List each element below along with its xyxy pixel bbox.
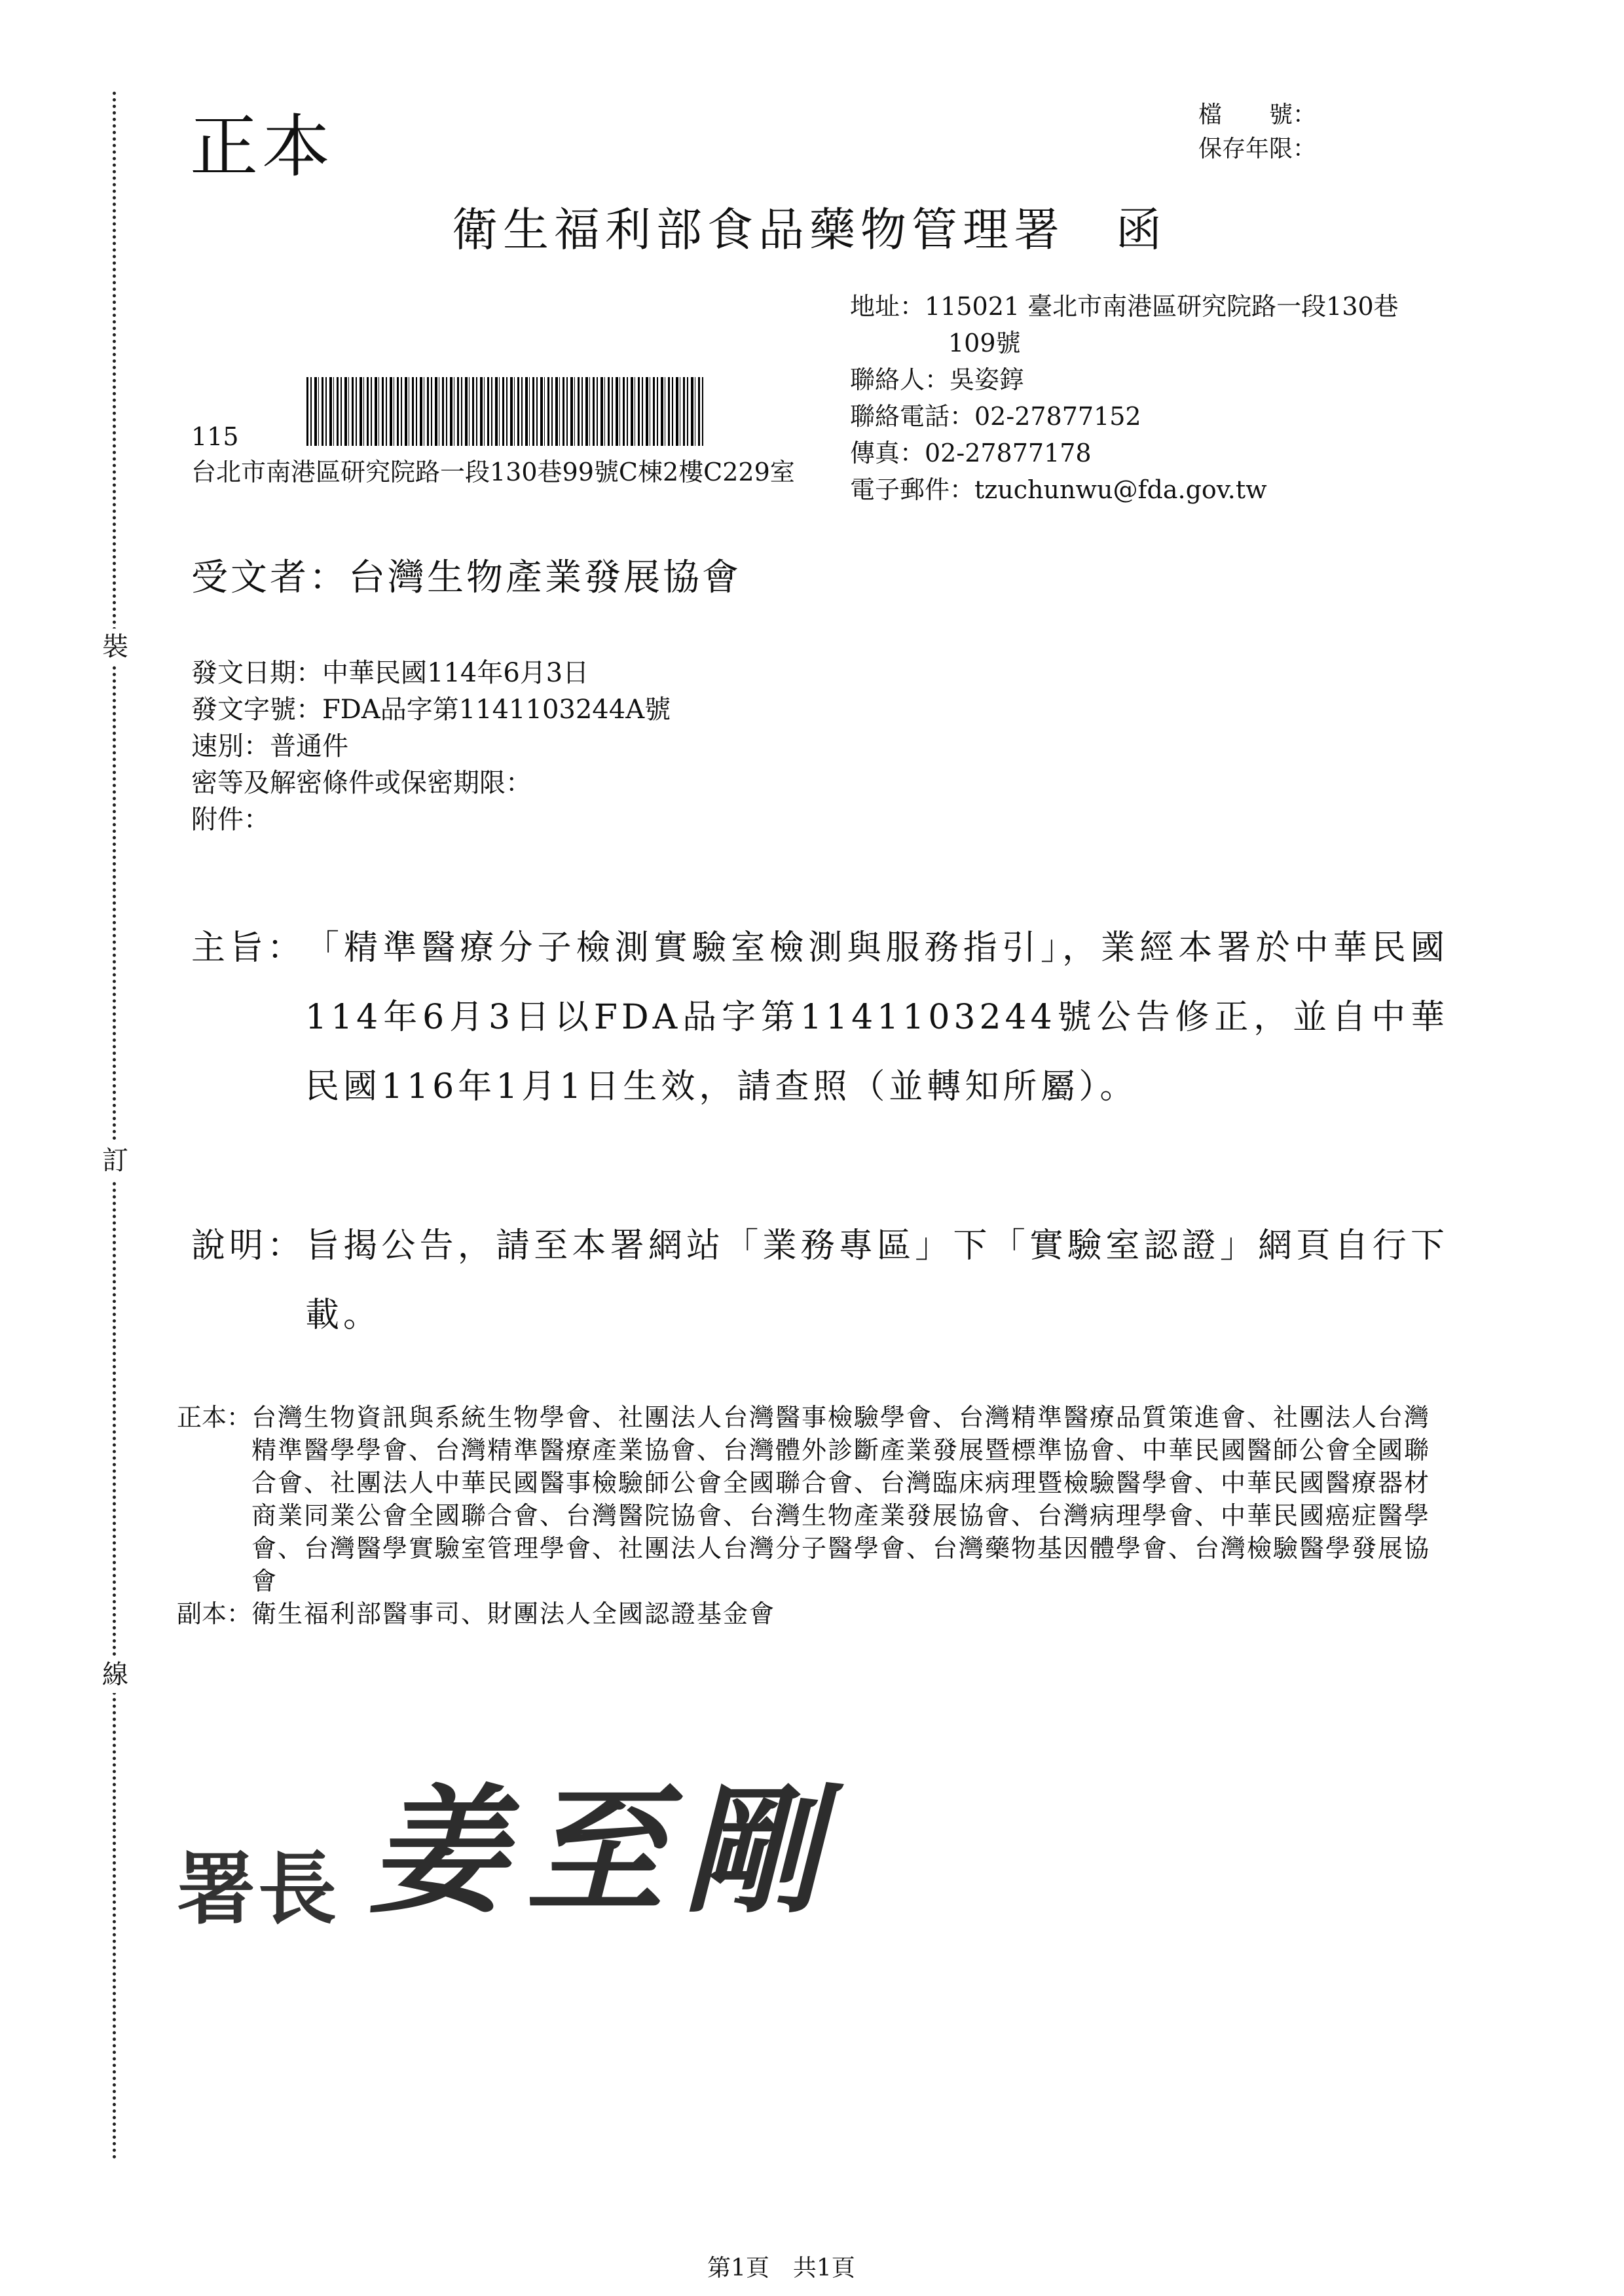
original-recipients-label: 正本： (177, 1401, 251, 1597)
delivery-speed: 速別：普通件 (191, 728, 671, 765)
barcode (306, 377, 706, 446)
copy-recipients: 衛生福利部醫事司、財團法人全國認證基金會 (251, 1597, 1454, 1630)
distribution-list: 正本： 台灣生物資訊與系統生物學會、社團法人台灣醫事檢驗學會、台灣精準醫療品質策… (177, 1401, 1454, 1630)
binding-dotted-line (113, 92, 116, 2160)
retention-period-label: 保存年限： (1198, 132, 1316, 166)
signatory-name: 姜至剛 (369, 1741, 840, 1939)
original-recipients: 台灣生物資訊與系統生物學會、社團法人台灣醫事檢驗學會、台灣精準醫療品質策進會、社… (251, 1401, 1454, 1597)
contact-person: 聯絡人：吳姿錞 (850, 361, 1399, 398)
contact-fax: 傳真：02-27877178 (850, 435, 1399, 471)
recipient: 受文者：台灣生物產業發展協會 (191, 549, 741, 601)
signatory-title: 署長 (177, 1827, 339, 1939)
reference-number: 發文字號：FDA品字第1141103244A號 (191, 691, 671, 728)
page-number: 第1頁 共1頁 (707, 2250, 855, 2283)
subject-label: 主旨： (191, 913, 305, 1121)
sender-contact-block: 地址：115021 臺北市南港區研究院路一段130巷 109號 聯絡人：吳姿錞 … (850, 288, 1399, 508)
explanation-text: 旨揭公告，請至本署網站「業務專區」下「實驗室認證」網頁自行下載。 (305, 1211, 1449, 1350)
signature-block: 署長 姜至剛 (177, 1741, 840, 1939)
file-meta: 檔 號： 保存年限： (1198, 98, 1316, 166)
issue-date: 發文日期：中華民國114年6月3日 (191, 655, 671, 691)
postal-code: 115 (191, 422, 239, 451)
subject-section: 主旨： 「精準醫療分子檢測實驗室檢測與服務指引」，業經本署於中華民國114年6月… (191, 913, 1449, 1121)
copy-recipients-label: 副本： (177, 1597, 251, 1630)
binding-label-bind: 裝 (97, 629, 134, 665)
classification: 密等及解密條件或保密期限： (191, 765, 671, 801)
explanation-label: 說明： (191, 1211, 305, 1350)
original-copy-stamp: 正本 (190, 92, 334, 190)
sender-address: 地址：115021 臺北市南港區研究院路一段130巷 (850, 288, 1399, 325)
document-meta: 發文日期：中華民國114年6月3日 發文字號：FDA品字第1141103244A… (191, 655, 671, 838)
file-number-label: 檔 號： (1198, 98, 1316, 132)
attachments: 附件： (191, 801, 671, 838)
binding-label-staple: 訂 (97, 1142, 134, 1179)
contact-email: 電子郵件：tzuchunwu@fda.gov.tw (850, 471, 1399, 508)
contact-phone: 聯絡電話：02-27877152 (850, 398, 1399, 435)
binding-label-line: 線 (97, 1656, 134, 1693)
explanation-section: 說明： 旨揭公告，請至本署網站「業務專區」下「實驗室認證」網頁自行下載。 (191, 1211, 1449, 1350)
sender-address-cont: 109號 (850, 325, 1399, 361)
mailing-address: 台北市南港區研究院路一段130巷99號C棟2樓C229室 (191, 458, 846, 486)
document-title: 衛生福利部食品藥物管理署 函 (452, 193, 1167, 259)
subject-text: 「精準醫療分子檢測實驗室檢測與服務指引」，業經本署於中華民國114年6月3日以F… (305, 913, 1449, 1121)
